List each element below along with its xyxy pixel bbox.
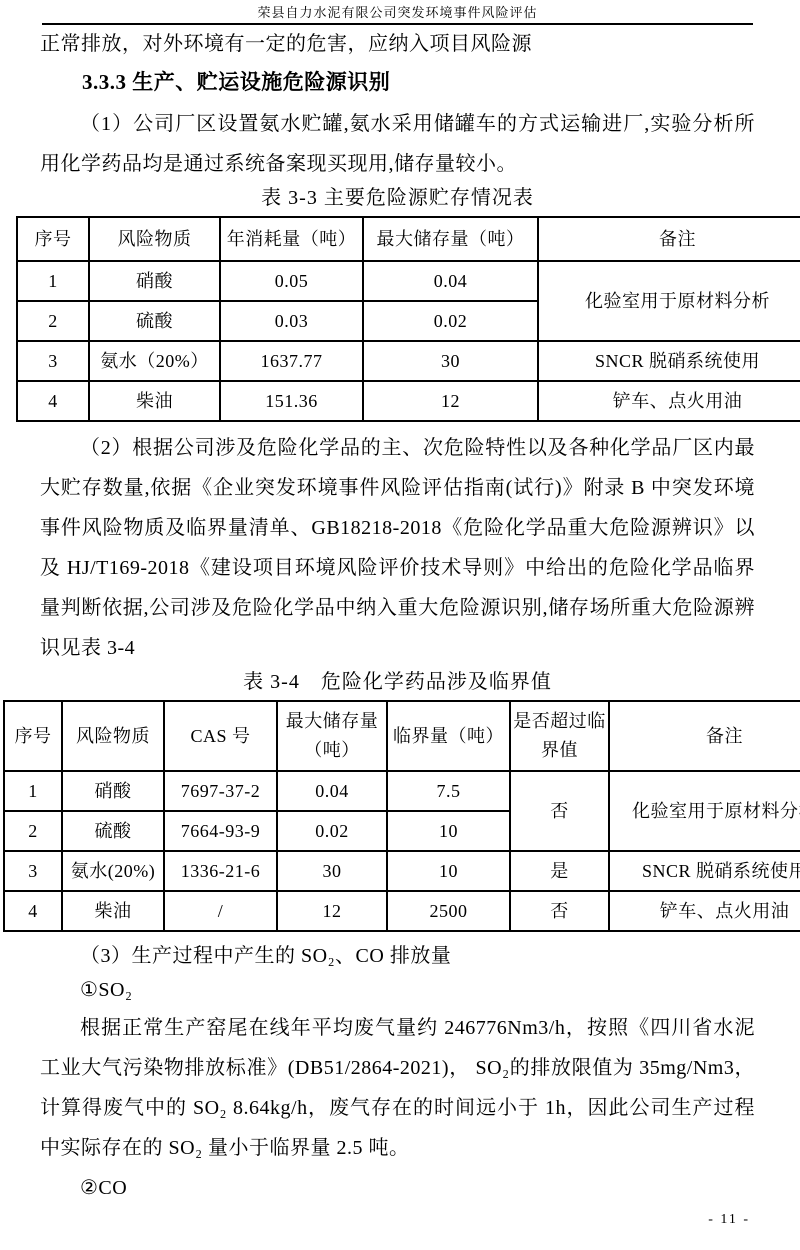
column-header: 风险物质 bbox=[62, 701, 164, 771]
page-header-title: 荣县自力水泥有限公司突发环境事件风险评估 bbox=[40, 5, 755, 21]
column-header: CAS 号 bbox=[164, 701, 277, 771]
table-cell: 1 bbox=[17, 261, 89, 301]
table-cell-merged-exceed: 否 bbox=[510, 771, 609, 851]
table-cell: 0.03 bbox=[220, 301, 363, 341]
table-row: 4 柴油 151.36 12 铲车、点火用油 bbox=[17, 381, 800, 421]
table-cell: 柴油 bbox=[62, 891, 164, 931]
table-cell: 7.5 bbox=[387, 771, 510, 811]
table-header-row: 序号 风险物质 CAS 号 最大储存量（吨） 临界量（吨） 是否超过临界值 备注 bbox=[4, 701, 800, 771]
table-3-3-caption: 表 3-3 主要危险源贮存情况表 bbox=[40, 184, 755, 212]
table-cell: 硫酸 bbox=[89, 301, 220, 341]
table-row: 3 氨水（20%） 1637.77 30 SNCR 脱硝系统使用 bbox=[17, 341, 800, 381]
table-cell: 1 bbox=[4, 771, 62, 811]
header-rule bbox=[42, 23, 753, 25]
table-3-4: 序号 风险物质 CAS 号 最大储存量（吨） 临界量（吨） 是否超过临界值 备注… bbox=[3, 700, 800, 932]
table-cell: 3 bbox=[4, 851, 62, 891]
table-cell: 0.04 bbox=[277, 771, 387, 811]
column-header: 备注 bbox=[538, 217, 800, 261]
table-cell: 铲车、点火用油 bbox=[538, 381, 800, 421]
paragraph-3: （3）生产过程中产生的 SO₂、CO 排放量 bbox=[40, 940, 755, 972]
table-3-3: 序号 风险物质 年消耗量（吨） 最大储存量（吨） 备注 1 硝酸 0.05 0.… bbox=[16, 216, 800, 422]
column-header: 最大储存量（吨） bbox=[363, 217, 538, 261]
table-row: 1 硝酸 0.05 0.04 化验室用于原材料分析 bbox=[17, 261, 800, 301]
table-cell: 4 bbox=[4, 891, 62, 931]
column-header: 序号 bbox=[4, 701, 62, 771]
table-cell: SNCR 脱硝系统使用 bbox=[538, 341, 800, 381]
table-cell: 7697-37-2 bbox=[164, 771, 277, 811]
table-cell: 1336-21-6 bbox=[164, 851, 277, 891]
table-cell: 151.36 bbox=[220, 381, 363, 421]
paragraph-so2-label: ①SO₂ bbox=[40, 974, 755, 1006]
column-header: 临界量（吨） bbox=[387, 701, 510, 771]
table-cell: 3 bbox=[17, 341, 89, 381]
column-header: 风险物质 bbox=[89, 217, 220, 261]
page-number: - 11 - bbox=[708, 1212, 750, 1228]
table-cell: 硝酸 bbox=[89, 261, 220, 301]
column-header: 序号 bbox=[17, 217, 89, 261]
table-cell: / bbox=[164, 891, 277, 931]
section-heading-3-3-3: 3.3.3 生产、贮运设施危险源识别 bbox=[40, 68, 755, 96]
table-cell-merged-remark: 化验室用于原材料分析 bbox=[609, 771, 800, 851]
table-cell: 7664-93-9 bbox=[164, 811, 277, 851]
column-header: 最大储存量（吨） bbox=[277, 701, 387, 771]
table-cell: 2 bbox=[17, 301, 89, 341]
table-cell: 2 bbox=[4, 811, 62, 851]
table-cell: SNCR 脱硝系统使用 bbox=[609, 851, 800, 891]
table-cell: 0.02 bbox=[277, 811, 387, 851]
paragraph-2: （2）根据公司涉及危险化学品的主、次危险特性以及各种化学品厂区内最大贮存数量,依… bbox=[40, 428, 755, 668]
paragraph-continuation: 正常排放，对外环境有一定的危害，应纳入项目风险源 bbox=[40, 30, 755, 58]
table-row: 1 硝酸 7697-37-2 0.04 7.5 否 化验室用于原材料分析 bbox=[4, 771, 800, 811]
column-header: 年消耗量（吨） bbox=[220, 217, 363, 261]
table-3-4-caption: 表 3-4 危险化学药品涉及临界值 bbox=[40, 668, 755, 696]
table-row: 4 柴油 / 12 2500 否 铲车、点火用油 bbox=[4, 891, 800, 931]
table-cell: 硫酸 bbox=[62, 811, 164, 851]
table-cell-merged-remark: 化验室用于原材料分析 bbox=[538, 261, 800, 341]
table-row: 3 氨水(20%) 1336-21-6 30 10 是 SNCR 脱硝系统使用 bbox=[4, 851, 800, 891]
document-page: 荣县自力水泥有限公司突发环境事件风险评估 正常排放，对外环境有一定的危害，应纳入… bbox=[0, 0, 800, 1250]
column-header: 备注 bbox=[609, 701, 800, 771]
paragraph-1: （1）公司厂区设置氨水贮罐,氨水采用储罐车的方式运输进厂,实验分析所用化学药品均… bbox=[40, 104, 755, 184]
table-cell: 铲车、点火用油 bbox=[609, 891, 800, 931]
paragraph-so2-detail: 根据正常生产窑尾在线年平均废气量约 246776Nm3/h，按照《四川省水泥工业… bbox=[40, 1008, 755, 1168]
table-cell: 氨水（20%） bbox=[89, 341, 220, 381]
table-cell: 30 bbox=[277, 851, 387, 891]
table-cell: 10 bbox=[387, 851, 510, 891]
table-cell: 4 bbox=[17, 381, 89, 421]
table-cell: 30 bbox=[363, 341, 538, 381]
table-cell: 氨水(20%) bbox=[62, 851, 164, 891]
table-cell: 0.05 bbox=[220, 261, 363, 301]
table-cell: 0.02 bbox=[363, 301, 538, 341]
table-cell: 10 bbox=[387, 811, 510, 851]
table-cell: 2500 bbox=[387, 891, 510, 931]
table-header-row: 序号 风险物质 年消耗量（吨） 最大储存量（吨） 备注 bbox=[17, 217, 800, 261]
paragraph-co-label: ②CO bbox=[40, 1172, 755, 1204]
table-cell: 12 bbox=[363, 381, 538, 421]
table-cell: 硝酸 bbox=[62, 771, 164, 811]
table-cell: 0.04 bbox=[363, 261, 538, 301]
table-cell: 柴油 bbox=[89, 381, 220, 421]
table-cell: 否 bbox=[510, 891, 609, 931]
column-header: 是否超过临界值 bbox=[510, 701, 609, 771]
table-cell: 12 bbox=[277, 891, 387, 931]
table-cell: 1637.77 bbox=[220, 341, 363, 381]
table-cell: 是 bbox=[510, 851, 609, 891]
